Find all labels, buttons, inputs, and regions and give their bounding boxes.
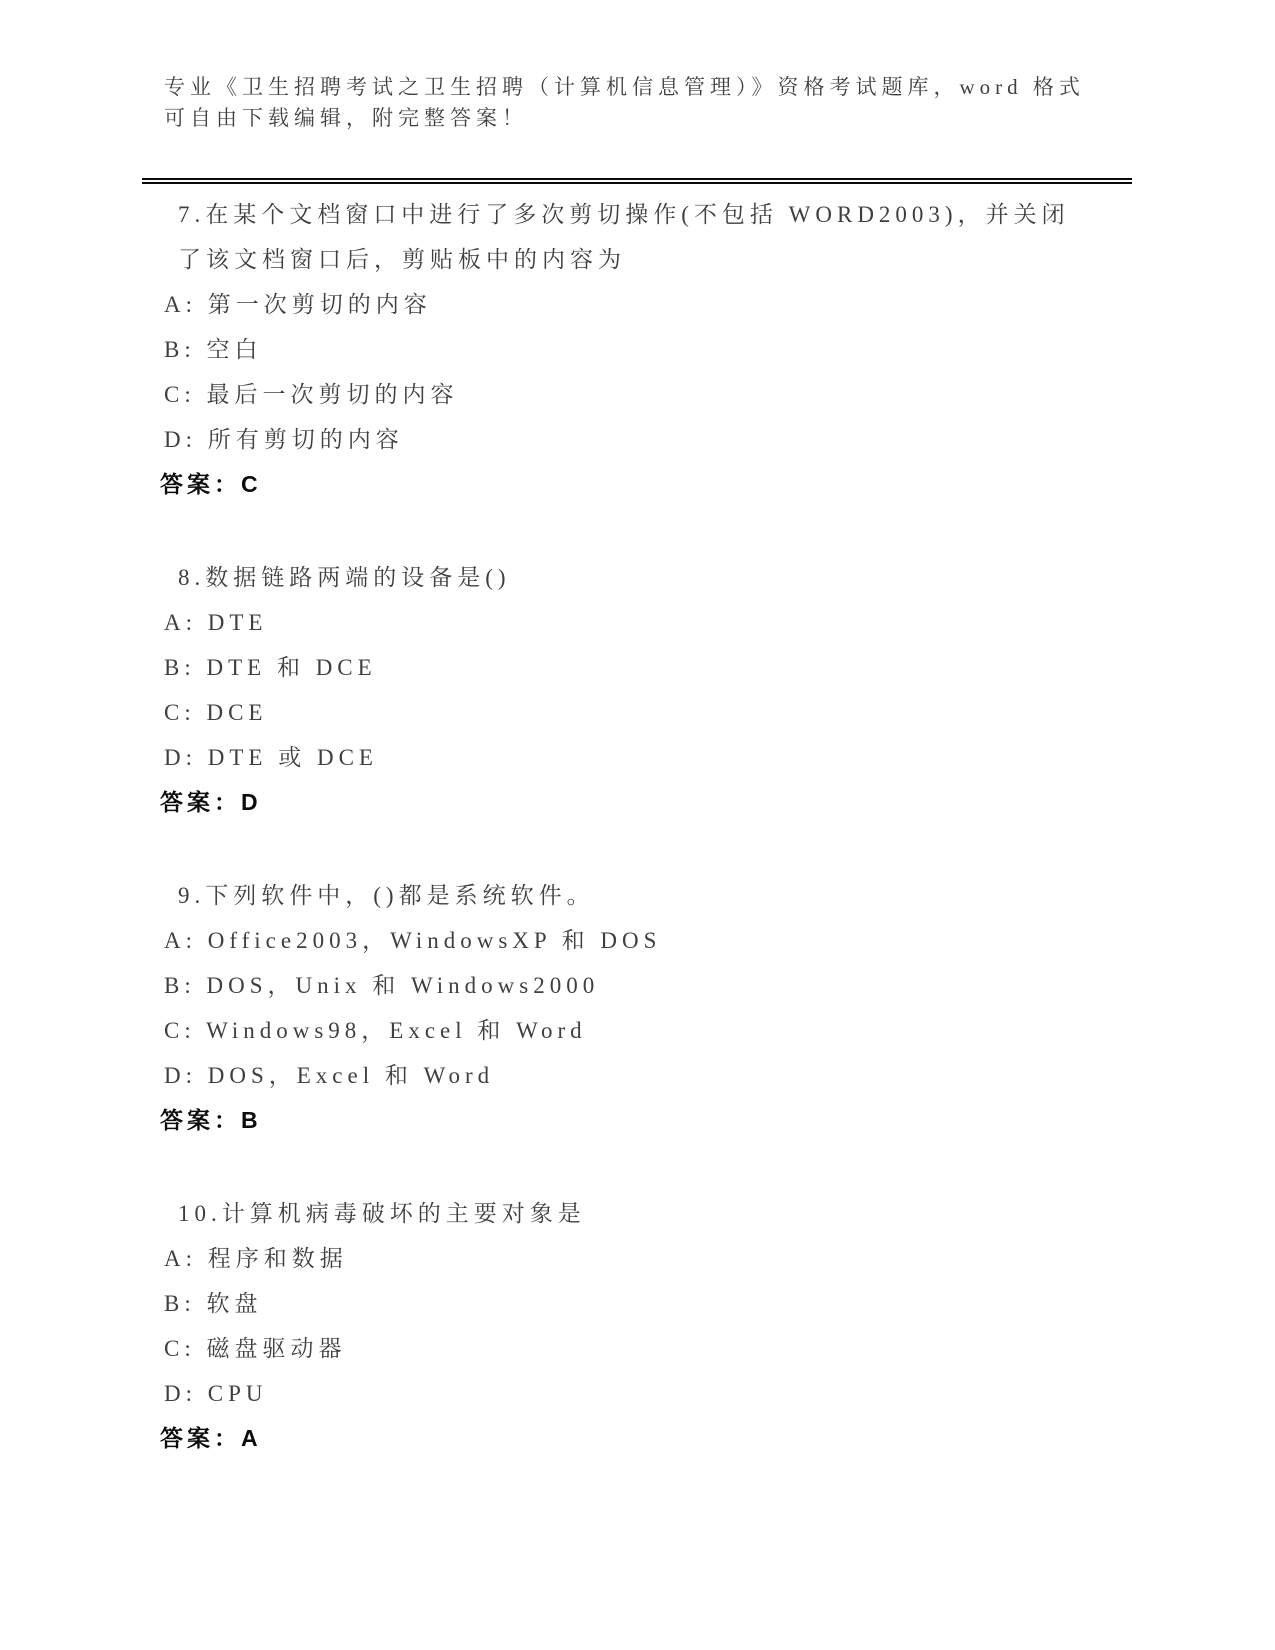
question-10-option-A: A: 程序和数据 [142,1236,1133,1281]
header-text: 专业《卫生招聘考试之卫生招聘（计算机信息管理）》资格考试题库，word 格式 可… [142,0,1132,134]
option-list: A: Office2003，WindowsXP 和 DOSB: DOS，Unix… [142,918,1133,1098]
question-9-option-C: C: Windows98，Excel 和 Word [142,1008,1133,1053]
question-block-9: 9.下列软件中，()都是系统软件。 A: Office2003，WindowsX… [142,873,1133,1143]
question-7-option-D: D: 所有剪切的内容 [142,417,1133,462]
question-10-answer: 答案：A [142,1416,1133,1461]
question-7-line-2: 了该文档窗口后，剪贴板中的内容为 [142,237,1133,282]
question-text: 9.下列软件中，()都是系统软件。 [142,873,1133,918]
question-8-option-C: C: DCE [142,690,1133,735]
question-10-option-D: D: CPU [142,1371,1133,1416]
question-block-7: 7.在某个文档窗口中进行了多次剪切操作(不包括 WORD2003)，并关闭了该文… [142,192,1133,507]
question-9-option-A: A: Office2003，WindowsXP 和 DOS [142,918,1133,963]
header-line-2: 可自由下载编辑，附完整答案！ [164,103,1132,134]
question-10-option-C: C: 磁盘驱动器 [142,1326,1133,1371]
question-8-option-A: A: DTE [142,600,1133,645]
question-7-option-C: C: 最后一次剪切的内容 [142,372,1133,417]
question-8-answer: 答案：D [142,780,1133,825]
question-text: 8.数据链路两端的设备是() [142,555,1133,600]
option-list: A: DTEB: DTE 和 DCEC: DCED: DTE 或 DCE [142,600,1133,780]
header-line-1: 专业《卫生招聘考试之卫生招聘（计算机信息管理）》资格考试题库，word 格式 [164,72,1132,103]
question-8-option-B: B: DTE 和 DCE [142,645,1133,690]
question-block-8: 8.数据链路两端的设备是() A: DTEB: DTE 和 DCEC: DCED… [142,555,1133,825]
option-list: A: 程序和数据B: 软盘C: 磁盘驱动器D: CPU [142,1236,1133,1416]
page-header: 专业《卫生招聘考试之卫生招聘（计算机信息管理）》资格考试题库，word 格式 可… [142,0,1132,184]
question-7-option-A: A: 第一次剪切的内容 [142,282,1133,327]
question-9-line-1: 9.下列软件中，()都是系统软件。 [142,873,1133,918]
question-block-10: 10.计算机病毒破坏的主要对象是 A: 程序和数据B: 软盘C: 磁盘驱动器D:… [142,1191,1133,1461]
question-list: 7.在某个文档窗口中进行了多次剪切操作(不包括 WORD2003)，并关闭了该文… [142,184,1133,1461]
question-text: 7.在某个文档窗口中进行了多次剪切操作(不包括 WORD2003)，并关闭了该文… [142,192,1133,282]
question-8-option-D: D: DTE 或 DCE [142,735,1133,780]
option-list: A: 第一次剪切的内容B: 空白C: 最后一次剪切的内容D: 所有剪切的内容 [142,282,1133,462]
question-7-option-B: B: 空白 [142,327,1133,372]
question-8-line-1: 8.数据链路两端的设备是() [142,555,1133,600]
question-text: 10.计算机病毒破坏的主要对象是 [142,1191,1133,1236]
question-9-option-D: D: DOS，Excel 和 Word [142,1053,1133,1098]
question-9-option-B: B: DOS，Unix 和 Windows2000 [142,963,1133,1008]
question-7-answer: 答案：C [142,462,1133,507]
question-10-option-B: B: 软盘 [142,1281,1133,1326]
question-10-line-1: 10.计算机病毒破坏的主要对象是 [142,1191,1133,1236]
question-7-line-1: 7.在某个文档窗口中进行了多次剪切操作(不包括 WORD2003)，并关闭 [142,192,1133,237]
document-page: 专业《卫生招聘考试之卫生招聘（计算机信息管理）》资格考试题库，word 格式 可… [0,0,1275,1650]
question-9-answer: 答案：B [142,1098,1133,1143]
